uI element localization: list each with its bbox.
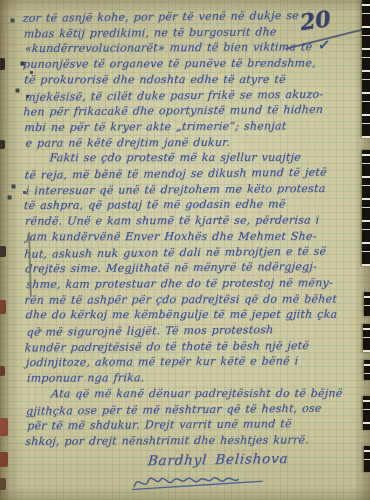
handwritten-line: imponuar nga frika.: [26, 369, 361, 386]
handwritten-line: të prokurorisë dhe ndoshta edhe të atyre…: [24, 71, 360, 87]
left-edge-binding-mark: [0, 140, 5, 149]
handwritten-line: Ata që më kanë dënuar padrejtësisht do t…: [25, 386, 362, 402]
handwritten-line: jodinjitoze, akoma më tepër kur këtë e b…: [25, 353, 361, 371]
right-edge-binding-mark: [363, 324, 370, 352]
page-number: 20: [298, 6, 332, 36]
left-edge-binding-mark: [0, 478, 6, 490]
right-edge-binding-mark: [364, 292, 370, 316]
right-edge-binding-mark: [362, 150, 370, 266]
right-edge-binding-mark: [362, 0, 370, 138]
left-edge-binding-mark: [0, 58, 5, 70]
signature-scrawl: [130, 468, 290, 495]
handwritten-line: shkoj, por drejt nënshtrimit dhe heshtje…: [25, 432, 362, 450]
right-edge-binding-mark: [364, 360, 370, 380]
scanned-handwritten-page: 20 ✓ zor të asnjë kohe, por për të venë …: [0, 0, 370, 500]
handwritten-line: jam kundërvënë Enver Hoxhës dhe Mehmet S…: [26, 229, 361, 245]
left-edge-binding-mark: [0, 366, 5, 376]
signature-block: Bardhyl Belishova: [148, 451, 291, 494]
check-mark-icon: ✓: [317, 36, 331, 55]
handwritten-line: rën më të ashpër për çdo padrejtësi që d…: [24, 291, 361, 308]
signature-name: Bardhyl Belishova: [147, 451, 290, 470]
handwritten-line: të ashpra, që pastaj të më godasin edhe …: [23, 196, 360, 214]
left-edge-binding-mark: [0, 452, 8, 467]
left-edge-binding-mark: [0, 300, 6, 314]
ink-specks: [0, 0, 1, 1]
handwritten-lines: zor të asnjë kohe, por për të venë në du…: [23, 8, 362, 450]
handwritten-line: mbi ne për të kryer akte „trimerie”; she…: [24, 118, 360, 136]
handwritten-line: punonjësve të organeve të punëve të bren…: [23, 55, 360, 72]
right-edge-binding-mark: [363, 396, 370, 430]
left-edge-binding-mark: [0, 418, 8, 436]
right-edge-binding-mark: [364, 446, 370, 472]
handwritten-line: e para në këtë drejtim janë dukur.: [25, 134, 360, 151]
handwritten-line: shme, kam protestuar dhe do të protestoj…: [26, 275, 361, 293]
handwritten-line: rëndë. Unë e kam shumë të kjartë se, për…: [24, 212, 360, 229]
left-edge-binding-mark: [0, 246, 6, 257]
